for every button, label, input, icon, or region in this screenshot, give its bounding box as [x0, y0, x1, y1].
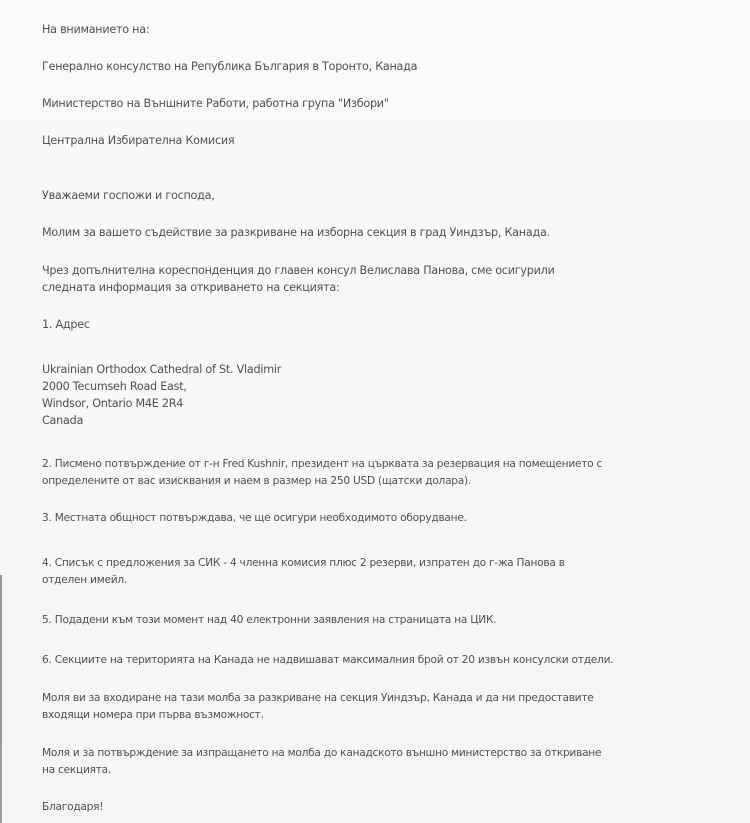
attention-line: На вниманието на:: [42, 21, 149, 38]
closing-paragraph-1-line1: Моля ви за входиране на тази молба за ра…: [42, 690, 594, 707]
scan-page-edge: [0, 575, 2, 823]
item-2-line2: определените от вас изисквания и наем в …: [42, 473, 471, 490]
item-6: 6. Секциите на територията на Канада не …: [42, 652, 613, 669]
intro-paragraph-line1: Чрез допълнителна кореспонденция до глав…: [42, 262, 555, 279]
address-line-1: Ukrainian Orthodox Cathedral of St. Vlad…: [42, 361, 281, 378]
item-1-title: 1. Адрес: [42, 316, 90, 333]
request-paragraph: Молим за вашето съдействие за разкриване…: [42, 224, 550, 241]
recipient-ministry: Министерство на Външните Работи, работна…: [42, 95, 389, 112]
item-4-line1: 4. Списък с предложения за СИК - 4 членн…: [42, 555, 565, 572]
item-3: 3. Местната общност потвърждава, че ще о…: [42, 510, 467, 527]
intro-paragraph-line2: следната информация за откриването на се…: [42, 279, 340, 296]
address-line-3: Windsor, Ontario M4E 2R4: [42, 395, 183, 412]
address-line-4: Canada: [42, 412, 83, 429]
item-2-line1: 2. Писмено потвърждение от г-н Fred Kush…: [42, 456, 602, 473]
item-5: 5. Подадени към този момент над 40 елект…: [42, 612, 496, 629]
signoff: Благодаря!: [42, 799, 103, 816]
recipient-consulate: Генерално консулство на Република Българ…: [42, 58, 417, 75]
salutation: Уважаеми госпожи и господа,: [42, 187, 215, 204]
item-4-line2: отделен имейл.: [42, 572, 127, 589]
recipient-cec: Централна Избирателна Комисия: [42, 132, 234, 149]
closing-paragraph-1-line2: входящи номера при първа възможност.: [42, 707, 264, 724]
closing-paragraph-2-line2: на секцията.: [42, 762, 111, 779]
address-line-2: 2000 Tecumseh Road East,: [42, 378, 187, 395]
closing-paragraph-2-line1: Моля и за потвърждение за изпращането на…: [42, 745, 601, 762]
